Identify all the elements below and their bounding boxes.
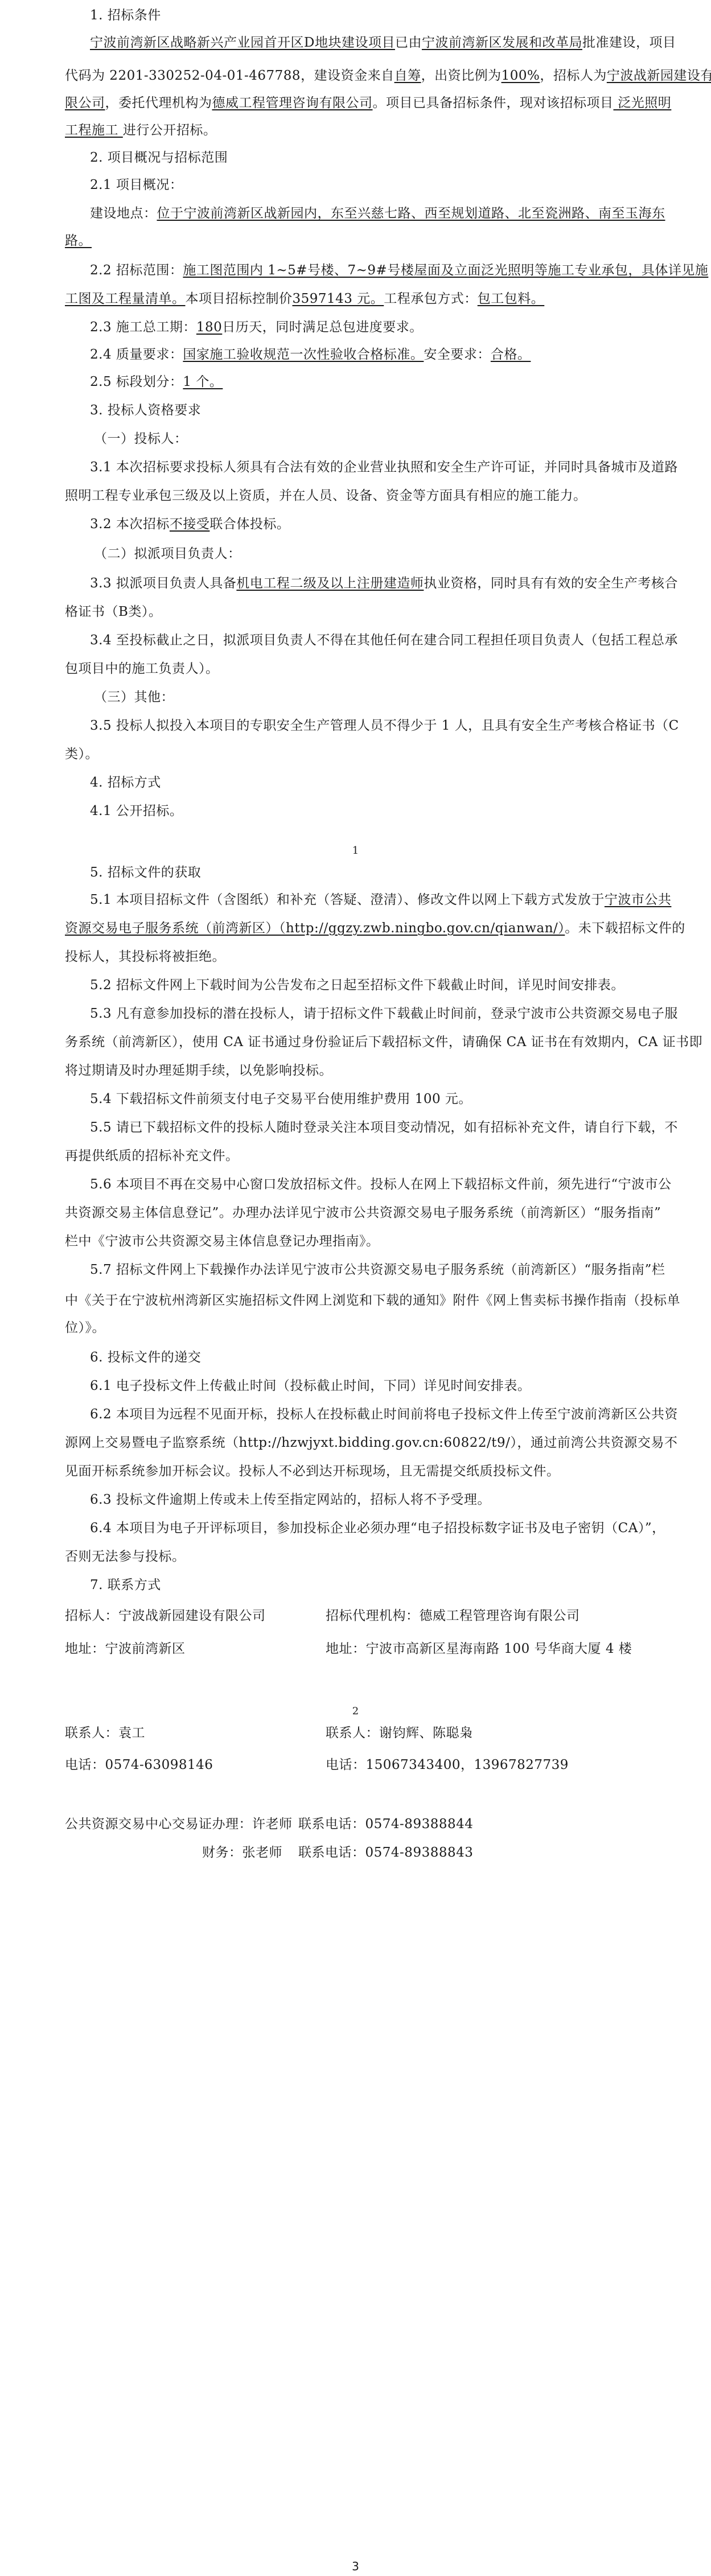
s2-1-label: 2.1 项目概况： bbox=[90, 176, 183, 194]
contract-mode: 包工包料。 bbox=[478, 291, 545, 306]
section-2-heading: 2. 项目概况与招标范围 bbox=[90, 149, 228, 166]
bid-item: 泛光照明 bbox=[614, 96, 672, 110]
sub-other: （三）其他： bbox=[94, 689, 174, 706]
tenderer-phone: 电话：0574-63098146 bbox=[65, 1756, 213, 1773]
agency-name: 德威工程管理咨询有限公司 bbox=[212, 96, 373, 110]
p3-4-line-2: 包项目中的施工负责人）。 bbox=[65, 660, 219, 677]
agency-address: 地址：宁波市高新区星海南路 100 号华商大厦 4 楼 bbox=[326, 1640, 632, 1657]
service-system-url[interactable]: 资源交易电子服务系统（前湾新区）（http://ggzy.zwb.ningbo.… bbox=[65, 921, 565, 936]
scope-line-1: 2.2 招标范围：施工图范围内 1~5#号楼、7~9#号楼屋面及立面泛光照明等施… bbox=[90, 262, 650, 279]
s2-4-line: 2.4 质量要求：国家施工验收规范一次性验收合格标准。安全要求：合格。 bbox=[90, 346, 531, 363]
service-system-link[interactable]: 宁波市公共 bbox=[605, 892, 672, 907]
center-finance-contact: 财务：张老师 bbox=[202, 1844, 282, 1861]
center-license-phone: 联系电话：0574-89388844 bbox=[298, 1816, 473, 1833]
p5-3-line-2: 务系统（前湾新区），使用 CA 证书通过身份验证后下载招标文件，请确保 CA 证… bbox=[65, 1034, 650, 1051]
p5-5-line-2: 再提供纸质的招标补充文件。 bbox=[65, 1147, 239, 1164]
section-5-heading: 5. 招标文件的获取 bbox=[90, 864, 201, 881]
tenderer-name: 宁波战新园建设有 bbox=[607, 68, 711, 83]
p3-3-line-2: 格证书（B类）。 bbox=[65, 603, 162, 620]
approver: 宁波前湾新区发展和改革局 bbox=[422, 35, 582, 50]
location-line-1: 建设地点：位于宁波前湾新区战新园内，东至兴慈七路、西至规划道路、北至瓷洲路、南至… bbox=[90, 205, 650, 222]
control-price: 3597143 元。 bbox=[293, 291, 384, 306]
sub-project-manager: （二）拟派项目负责人： bbox=[94, 545, 241, 562]
section-6-heading: 6. 投标文件的递交 bbox=[90, 1349, 201, 1366]
tenderer-contact: 联系人：袁工 bbox=[65, 1725, 145, 1742]
s1-line-2: 代码为 2201-330252-04-01-467788，建设资金来自自筹，出资… bbox=[65, 67, 638, 84]
location-line-2: 路。 bbox=[65, 232, 92, 249]
p5-7-line-2: 中《关于在宁波杭州湾新区实施招标文件网上浏览和下载的通知》附件《网上售卖标书操作… bbox=[65, 1292, 650, 1309]
p6-2-line-2: 源网上交易暨电子监察系统（http://hzwjyxt.bidding.gov.… bbox=[65, 1434, 642, 1451]
p3-5-line-1: 3.5 投标人拟投入本项目的专职安全生产管理人员不得少于 1 人，且具有安全生产… bbox=[90, 717, 650, 734]
p3-4-line-1: 3.4 至投标截止之日，拟派项目负责人不得在其他任何在建合同工程担任项目负责人（… bbox=[90, 632, 650, 649]
scope: 施工图范围内 1~5#号楼、7~9#号楼屋面及立面泛光照明等施工专业承包，具体详… bbox=[183, 263, 708, 278]
pm-qualification: 机电工程二级及以上注册建造师 bbox=[236, 576, 424, 591]
section-7-heading: 7. 联系方式 bbox=[90, 1577, 161, 1594]
p5-1-line-2: 资源交易电子服务系统（前湾新区）（http://ggzy.zwb.ningbo.… bbox=[65, 920, 650, 937]
p5-1-line-3: 投标人，其投标将被拒绝。 bbox=[65, 948, 225, 965]
p6-4-line-1: 6.4 本项目为电子开评标项目，参加投标企业必须办理“电子招投标数字证书及电子密… bbox=[90, 1520, 634, 1537]
p3-2-line: 3.2 本次招标不接受联合体投标。 bbox=[90, 516, 290, 533]
p6-3: 6.3 投标文件逾期上传或未上传至指定网站的，招标人将不予受理。 bbox=[90, 1491, 491, 1508]
page-number-2: 2 bbox=[0, 1705, 711, 1718]
duration: 180 bbox=[196, 320, 222, 335]
p5-7-line-1: 5.7 招标文件网上下载操作办法详见宁波市公共资源交易电子服务系统（前湾新区）“… bbox=[90, 1261, 650, 1278]
p6-1: 6.1 电子投标文件上传截止时间（投标截止时间，下同）详见时间安排表。 bbox=[90, 1377, 531, 1394]
p5-7-line-3: 位）》。 bbox=[65, 1319, 105, 1336]
agency-contact: 联系人：谢钧辉、陈聪枭 bbox=[326, 1725, 473, 1742]
s1-line-3: 限公司，委托代理机构为德威工程管理咨询有限公司。项目已具备招标条件，现对该招标项… bbox=[65, 94, 638, 112]
page-number-3: 3 bbox=[0, 2560, 711, 2573]
p3-1-line-1: 3.1 本次招标要求投标人须具有合法有效的企业营业执照和安全生产许可证，并同时具… bbox=[90, 459, 650, 476]
section-3-heading: 3. 投标人资格要求 bbox=[90, 402, 201, 419]
p5-3-line-3: 将过期请及时办理延期手续，以免影响投标。 bbox=[65, 1062, 332, 1079]
p5-6-line-3: 栏中《宁波市公共资源交易主体信息登记办理指南》。 bbox=[65, 1233, 380, 1250]
section-1-heading: 1. 招标条件 bbox=[90, 7, 161, 24]
center-license-contact: 公共资源交易中心交易证办理：许老师 bbox=[65, 1816, 293, 1833]
p5-4: 5.4 下载招标文件前须支付电子交易平台使用维护费用 100 元。 bbox=[90, 1091, 472, 1108]
quality-requirement: 国家施工验收规范一次性验收合格标准。 bbox=[183, 347, 424, 362]
page-number-1: 1 bbox=[0, 845, 711, 857]
p6-2-line-1: 6.2 本项目为远程不见面开标，投标人在投标截止时间前将电子投标文件上传至宁波前… bbox=[90, 1406, 642, 1423]
scope-line-2: 工图及工程量清单。本项目招标控制价3597143 元。工程承包方式：包工包料。 bbox=[65, 290, 544, 307]
p5-5-line-1: 5.5 请已下载招标文件的投标人随时登录关注本项目变动情况，如有招标补充文件，请… bbox=[90, 1119, 650, 1136]
agency-phone: 电话：15067343400，13967827739 bbox=[326, 1756, 569, 1773]
section-4-heading: 4. 招标方式 bbox=[90, 774, 161, 791]
p5-6-line-1: 5.6 本项目不再在交易中心窗口发放招标文件。投标人在网上下载招标文件前，须先进… bbox=[90, 1176, 650, 1193]
p4-1: 4.1 公开招标。 bbox=[90, 803, 183, 820]
safety-requirement: 合格。 bbox=[491, 347, 531, 362]
center-finance-phone: 联系电话：0574-89388843 bbox=[298, 1844, 473, 1861]
p5-6-line-2: 共资源交易主体信息登记”。办理办法详见宁波市公共资源交易电子服务系统（前湾新区）… bbox=[65, 1204, 637, 1221]
p3-3-line-1: 3.3 拟派项目负责人具备机电工程二级及以上注册建造师执业资格，同时具有有效的安… bbox=[90, 575, 650, 592]
p3-5-line-2: 类）。 bbox=[65, 746, 98, 763]
consortium-not-accepted: 不接受 bbox=[170, 517, 210, 532]
s2-5-line: 2.5 标段划分：1 个。 bbox=[90, 373, 223, 390]
p3-1-line-2: 照明工程专业承包三级及以上资质，并在人员、设备、资金等方面具有相应的施工能力。 bbox=[65, 487, 587, 504]
s2-3-line: 2.3 施工总工期：180日历天，同时满足总包进度要求。 bbox=[90, 319, 423, 336]
lot-count: 1 个。 bbox=[183, 375, 223, 389]
s1-line-4: 工程施工 进行公开招标。 bbox=[65, 122, 216, 139]
agency-name-line: 招标代理机构：德威工程管理咨询有限公司 bbox=[326, 1607, 580, 1624]
p6-4-line-2: 否则无法参与投标。 bbox=[65, 1548, 186, 1565]
fund-source: 自筹 bbox=[394, 68, 421, 83]
tenderer-address: 地址：宁波前湾新区 bbox=[65, 1640, 186, 1657]
location: 位于宁波前湾新区战新园内，东至兴慈七路、西至规划道路、北至瓷洲路、南至玉海东 bbox=[157, 206, 665, 221]
project-name: 宁波前湾新区战略新兴产业园首开区D地块建设项目 bbox=[90, 35, 395, 50]
p5-3-line-1: 5.3 凡有意参加投标的潜在投标人，请于招标文件下载截止时间前，登录宁波市公共资… bbox=[90, 1005, 650, 1022]
tenderer-name-line: 招标人：宁波战新园建设有限公司 bbox=[65, 1607, 266, 1624]
funding-ratio: 100% bbox=[502, 68, 540, 83]
p5-1-line-1: 5.1 本项目招标文件（含图纸）和补充（答疑、澄清）、修改文件以网上下载方式发放… bbox=[90, 891, 650, 908]
p6-2-line-3: 见面开标系统参加开标会议。投标人不必到达开标现场，且无需提交纸质投标文件。 bbox=[65, 1463, 560, 1480]
s1-line-1: 宁波前湾新区战略新兴产业园首开区D地块建设项目已由宁波前湾新区发展和改革局批准建… bbox=[90, 34, 645, 51]
p5-2: 5.2 招标文件网上下载时间为公告发布之日起至招标文件下载截止时间，详见时间安排… bbox=[90, 977, 624, 994]
sub-bidder: （一）投标人： bbox=[94, 430, 188, 447]
